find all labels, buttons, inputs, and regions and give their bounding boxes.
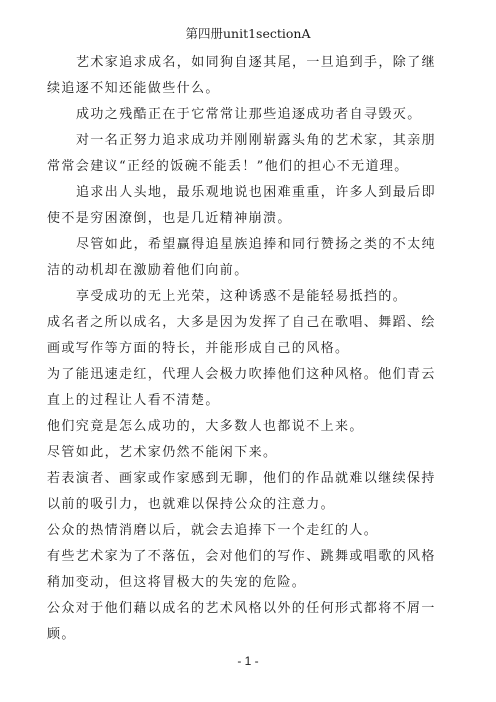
paragraph: 艺术家追求成名，如同狗自逐其尾，一旦追到手，除了继续追逐不知还能做些什么。 — [47, 50, 449, 102]
paragraph: 他们究竟是怎么成功的，大多数人也都说不上来。 — [47, 414, 449, 440]
paragraph: 享受成功的无上光荣，这种诱惑不是能轻易抵挡的。 — [47, 284, 449, 310]
paragraph: 为了能迅速走红，代理人会极力吹捧他们这种风格。他们青云直上的过程让人看不清楚。 — [47, 362, 449, 414]
paragraph: 成名者之所以成名，大多是因为发挥了自己在歌唱、舞蹈、绘画或写作等方面的特长，并能… — [47, 310, 449, 362]
paragraph: 对一名正努力追求成功并刚刚崭露头角的艺术家，其亲朋常常会建议“正经的饭碗不能丢！… — [47, 128, 449, 180]
paragraph: 尽管如此，艺术家仍然不能闲下来。 — [47, 440, 449, 466]
paragraph: 有些艺术家为了不落伍，会对他们的写作、跳舞或唱歌的风格稍加变动，但这将冒极大的失… — [47, 544, 449, 596]
document-page: 第四册unit1sectionA 艺术家追求成名，如同狗自逐其尾，一旦追到手，除… — [47, 24, 449, 648]
paragraph: 尽管如此，希望赢得追星族追捧和同行赞扬之类的不太纯洁的动机却在激励着他们向前。 — [47, 232, 449, 284]
paragraph: 成功之残酷正在于它常常让那些追逐成功者自寻毁灭。 — [47, 102, 449, 128]
page-number: - 1 - — [0, 654, 496, 668]
paragraph: 若表演者、画家或作家感到无聊，他们的作品就难以继续保持以前的吸引力，也就难以保持… — [47, 466, 449, 518]
paragraph: 公众对于他们藉以成名的艺术风格以外的任何形式都将不屑一顾。 — [47, 596, 449, 648]
paragraph: 公众的热情消磨以后，就会去追捧下一个走红的人。 — [47, 518, 449, 544]
document-title: 第四册unit1sectionA — [47, 24, 449, 44]
paragraph: 追求出人头地，最乐观地说也困难重重，许多人到最后即使不是穷困潦倒，也是几近精神崩… — [47, 180, 449, 232]
